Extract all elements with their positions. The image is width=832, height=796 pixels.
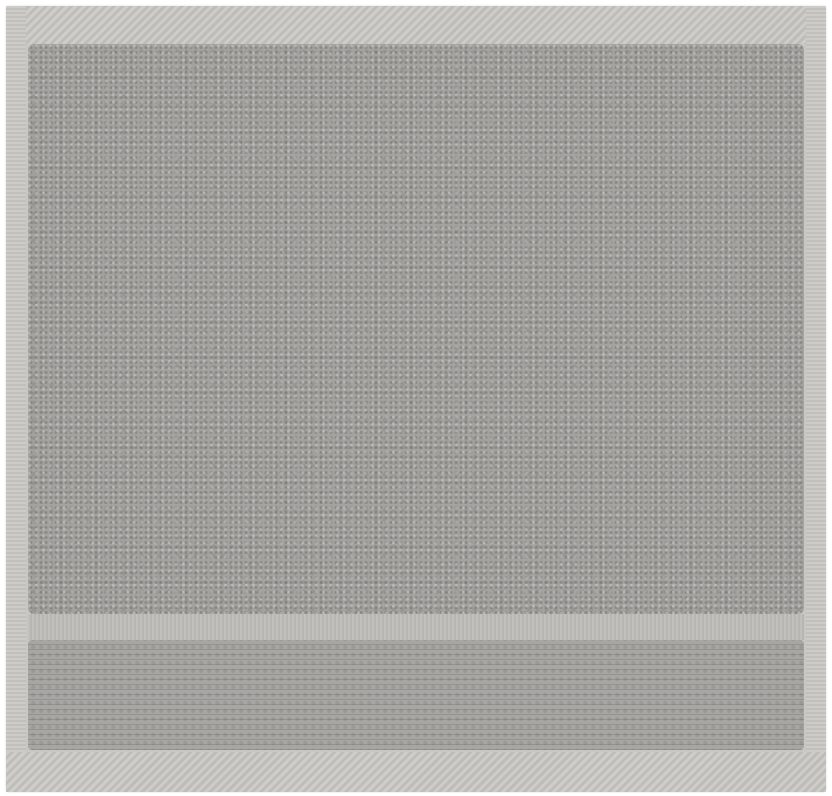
left-hem [6, 6, 26, 792]
terry-loop-body [28, 44, 804, 614]
bottom-hem [6, 752, 826, 792]
top-hem [6, 6, 826, 44]
ribbed-terry-band [28, 640, 804, 750]
dobby-border-band [28, 614, 804, 640]
washcloth [6, 6, 826, 792]
right-hem [806, 6, 826, 792]
